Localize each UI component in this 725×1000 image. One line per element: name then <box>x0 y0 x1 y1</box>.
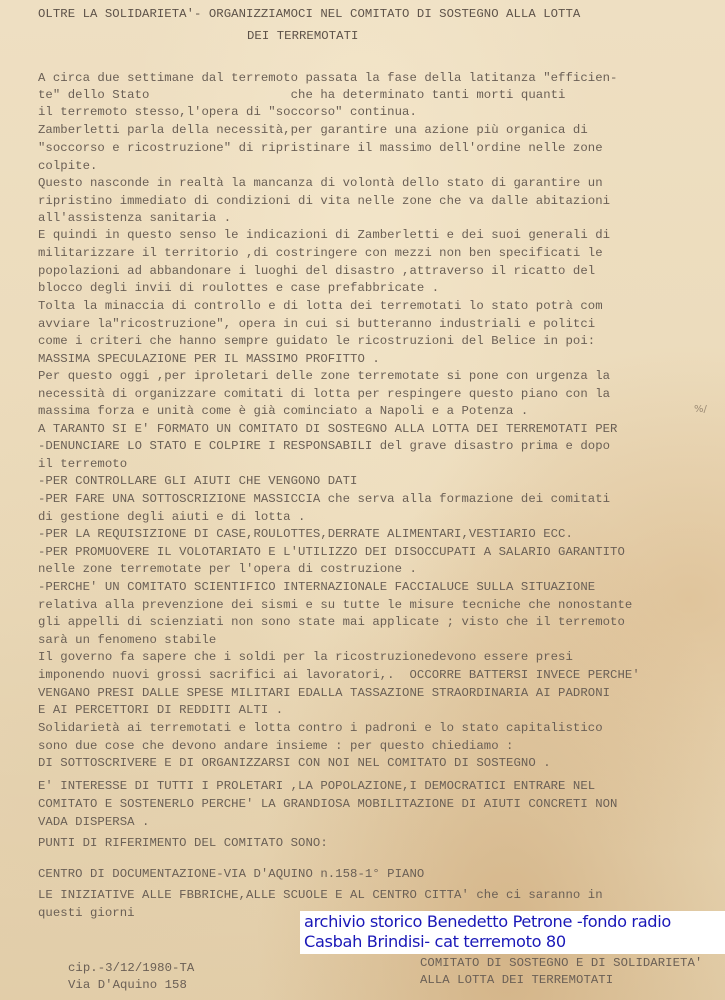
document-body-line: questi giorni <box>38 905 135 921</box>
document-body-line: necessità di organizzare comitati di lot… <box>38 386 610 402</box>
document-body-line: relativa alla prevenzione dei sismi e su… <box>38 597 632 613</box>
document-body-line: -PER PROMUOVERE IL VOLOTARIATO E L'UTILI… <box>38 544 625 560</box>
document-body-line: Questo nasconde in realtà la mancanza di… <box>38 175 603 191</box>
document-body-line: imponendo nuovi grossi sacrifici ai lavo… <box>38 667 640 683</box>
footer-right-line-1: COMITATO DI SOSTEGNO E DI SOLIDARIETA' <box>420 955 702 971</box>
document-body-line: -PERCHE' UN COMITATO SCIENTIFICO INTERNA… <box>38 579 595 595</box>
document-body-line: Zamberletti parla della necessità,per ga… <box>38 122 588 138</box>
footer-left-line-2: Via D'Aquino 158 <box>68 977 187 993</box>
document-body-line: come i criteri che hanno sempre guidato … <box>38 333 595 349</box>
footer-left-line-1: cip.-3/12/1980-TA <box>68 960 194 976</box>
document-body-line: il terremoto <box>38 456 127 472</box>
document-body-line: ripristino immediato di condizioni di vi… <box>38 193 610 209</box>
document-body-line: il terremoto stesso,l'opera di "soccorso… <box>38 104 417 120</box>
document-title-line-2: DEI TERREMOTATI <box>247 28 358 44</box>
document-body-line: A TARANTO SI E' FORMATO UN COMITATO DI S… <box>38 421 618 437</box>
document-body-line: massima forza e unità come è già cominci… <box>38 403 528 419</box>
document-body-line: VADA DISPERSA . <box>38 814 149 830</box>
document-body-line: -PER LA REQUISIZIONE DI CASE,ROULOTTES,D… <box>38 526 573 542</box>
document-body-line: E AI PERCETTORI DI REDDITI ALTI . <box>38 702 283 718</box>
document-body-line: Solidarietà ai terremotati e lotta contr… <box>38 720 603 736</box>
document-body-line: popolazioni ad abbandonare i luoghi del … <box>38 263 595 279</box>
document-body-line: PUNTI DI RIFERIMENTO DEL COMITATO SONO: <box>38 835 328 851</box>
scanned-document-page: OLTRE LA SOLIDARIETA'- ORGANIZZIAMOCI NE… <box>0 0 725 1000</box>
document-body-line: Per questo oggi ,per iproletari delle zo… <box>38 368 610 384</box>
document-body-line: di gestione degli aiuti e di lotta . <box>38 509 305 525</box>
document-body-line: sarà un fenomeno stabile <box>38 632 216 648</box>
document-body-line: blocco degli invii di roulottes e case p… <box>38 280 439 296</box>
document-body-line: E quindi in questo senso le indicazioni … <box>38 227 610 243</box>
document-body-line: DI SOTTOSCRIVERE E DI ORGANIZZARSI CON N… <box>38 755 551 771</box>
document-body-line: COMITATO E SOSTENERLO PERCHE' LA GRANDIO… <box>38 796 618 812</box>
document-body-line: -DENUNCIARE LO STATO E COLPIRE I RESPONS… <box>38 438 610 454</box>
archive-caption-line-1: archivio storico Benedetto Petrone -fond… <box>304 912 671 932</box>
document-body-line: sono due cose che devono andare insieme … <box>38 738 513 754</box>
document-body-line: avviare la"ricostruzione", opera in cui … <box>38 316 595 332</box>
footer-right-line-2: ALLA LOTTA DEI TERREMOTATI <box>420 972 613 988</box>
margin-handwritten-mark: %/ <box>694 404 707 415</box>
document-body-line: colpite. <box>38 158 97 174</box>
document-body-line: Il governo fa sapere che i soldi per la … <box>38 649 573 665</box>
document-body-line: te" dello Stato che ha determinato tanti… <box>38 87 565 103</box>
document-body-line: nelle zone terremotate per l'opera di co… <box>38 561 417 577</box>
document-body-line: -PER CONTROLLARE GLI AIUTI CHE VENGONO D… <box>38 473 357 489</box>
document-body-line: gli appelli di scienziati non sono state… <box>38 614 625 630</box>
document-body-line: E' INTERESSE DI TUTTI I PROLETARI ,LA PO… <box>38 778 595 794</box>
document-body-line: "soccorso e ricostruzione" di ripristina… <box>38 140 603 156</box>
archive-caption-box: archivio storico Benedetto Petrone -fond… <box>300 911 725 954</box>
document-title-line-1: OLTRE LA SOLIDARIETA'- ORGANIZZIAMOCI NE… <box>38 6 580 22</box>
document-body-line: Tolta la minaccia di controllo e di lott… <box>38 298 603 314</box>
archive-caption-line-2: Casbah Brindisi- cat terremoto 80 <box>304 932 566 952</box>
document-body-line: militarizzare il territorio ,di costring… <box>38 245 603 261</box>
document-body-line: -PER FARE UNA SOTTOSCRIZIONE MASSICCIA c… <box>38 491 610 507</box>
document-body-line: all'assistenza sanitaria . <box>38 210 231 226</box>
document-body-line: CENTRO DI DOCUMENTAZIONE-VIA D'AQUINO n.… <box>38 866 424 882</box>
document-body-line: A circa due settimane dal terremoto pass… <box>38 70 618 86</box>
document-body-line: VENGANO PRESI DALLE SPESE MILITARI EDALL… <box>38 685 610 701</box>
document-body-line: MASSIMA SPECULAZIONE PER IL MASSIMO PROF… <box>38 351 380 367</box>
document-body-line: LE INIZIATIVE ALLE FBBRICHE,ALLE SCUOLE … <box>38 887 603 903</box>
